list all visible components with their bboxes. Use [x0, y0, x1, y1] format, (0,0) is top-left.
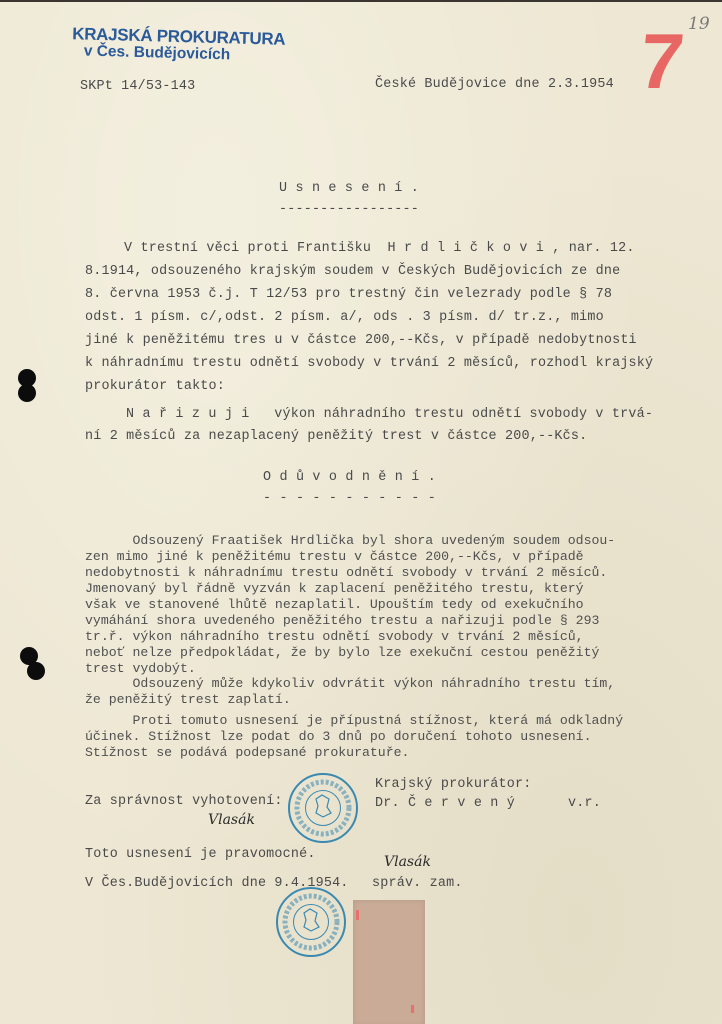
reasoning-line: trest vydobýt.	[85, 662, 196, 675]
reasoning-line: Odsouzený Fraatišek Hrdlička byl shora u…	[85, 534, 615, 547]
document-title: U s n e s e n í .	[279, 182, 419, 195]
reasoning-line: Odsouzený může kdykoliv odvrátit výkon n…	[85, 677, 615, 690]
reasoning-line: vymáhání shora uvedeného peněžitého tres…	[85, 614, 599, 627]
decision-line: ní 2 měsíců za nezaplacený peněžitý tres…	[85, 430, 587, 443]
intro-line: k náhradnímu trestu odnětí svobody v trv…	[85, 357, 653, 370]
reasoning-line: neboť nelze předpokládat, že by bylo lze…	[85, 646, 599, 659]
reasoning-line: Jmenovaný byl řádně vyzván k zaplacení p…	[85, 582, 584, 595]
finality-statement: Toto usnesení je pravomocné.	[85, 848, 316, 861]
reasoning-line: však ve stanovené lhůtě nezaplatil. Upou…	[85, 598, 584, 611]
intro-line: 8. června 1953 č.j. T 12/53 pro trestný …	[85, 288, 612, 301]
round-office-stamp-lower	[276, 887, 346, 957]
intro-line: prokurátor takto:	[85, 380, 225, 393]
place-date: České Budějovice dne 2.3.1954	[375, 78, 614, 91]
reference-number: SKPt 14/53-143	[80, 80, 195, 93]
office-header-stamp: KRAJSKÁ PROKURATURA v Čes. Budějovicích	[72, 25, 286, 65]
intro-line: odst. 1 písm. c/,odst. 2 písm. a/, ods .…	[85, 311, 604, 324]
reasoning-line: účinek. Stížnost lze podat do 3 dnů po d…	[85, 730, 591, 743]
stamp-ring-text-icon	[290, 775, 356, 841]
certification-label: Za správnost vyhotovení:	[85, 795, 283, 808]
certification-signature: Vlasák	[208, 812, 255, 828]
prosecutor-suffix: v.r.	[568, 797, 601, 810]
reasoning-line: Stížnost se podává podepsané prokuratuře…	[85, 746, 409, 759]
clerk-label: správ. zam.	[372, 877, 463, 890]
intro-line: 8.1914, odsouzeného krajským soudem v Če…	[85, 265, 620, 278]
prosecutor-name: Dr. Č e r v e n ý	[375, 797, 515, 810]
document-page: KRAJSKÁ PROKURATURA v Čes. Budějovicích …	[0, 2, 722, 1024]
reasoning-line: zen mimo jiné k peněžitému trestu v část…	[85, 550, 584, 563]
title-underline: -----------------	[279, 203, 419, 216]
prosecutor-label: Krajský prokurátor:	[375, 778, 531, 791]
red-folio-number: 7	[636, 22, 688, 100]
intro-line: V trestní věci proti Františku H r d l i…	[124, 242, 635, 255]
decision-line: N a ř i z u j i výkon náhradního trestu …	[126, 408, 653, 421]
reasoning-line: nedobytnosti k náhradnímu trestu odnětí …	[85, 566, 607, 579]
reasoning-heading: O d ů v o d n ě n í .	[263, 471, 436, 484]
reasoning-line: že peněžitý trest zaplatí.	[85, 693, 291, 706]
intro-line: jiné k peněžitému tres u v částce 200,--…	[85, 334, 637, 347]
punch-hole-bottom-b	[27, 662, 45, 680]
reasoning-line: Proti tomuto usnesení je přípustná stížn…	[85, 714, 623, 727]
reasoning-line: tr.ř. výkon náhradního trestu odnětí svo…	[85, 630, 584, 643]
paper-tape-strip	[353, 900, 425, 1024]
punch-hole-top-b	[18, 384, 36, 402]
stamp-ring-text-icon	[278, 889, 344, 955]
round-office-stamp	[288, 773, 358, 843]
reasoning-heading-underline: - - - - - - - - - - -	[263, 492, 436, 505]
pencil-folio-number: 19	[688, 14, 710, 34]
clerk-signature: Vlasák	[384, 854, 431, 870]
